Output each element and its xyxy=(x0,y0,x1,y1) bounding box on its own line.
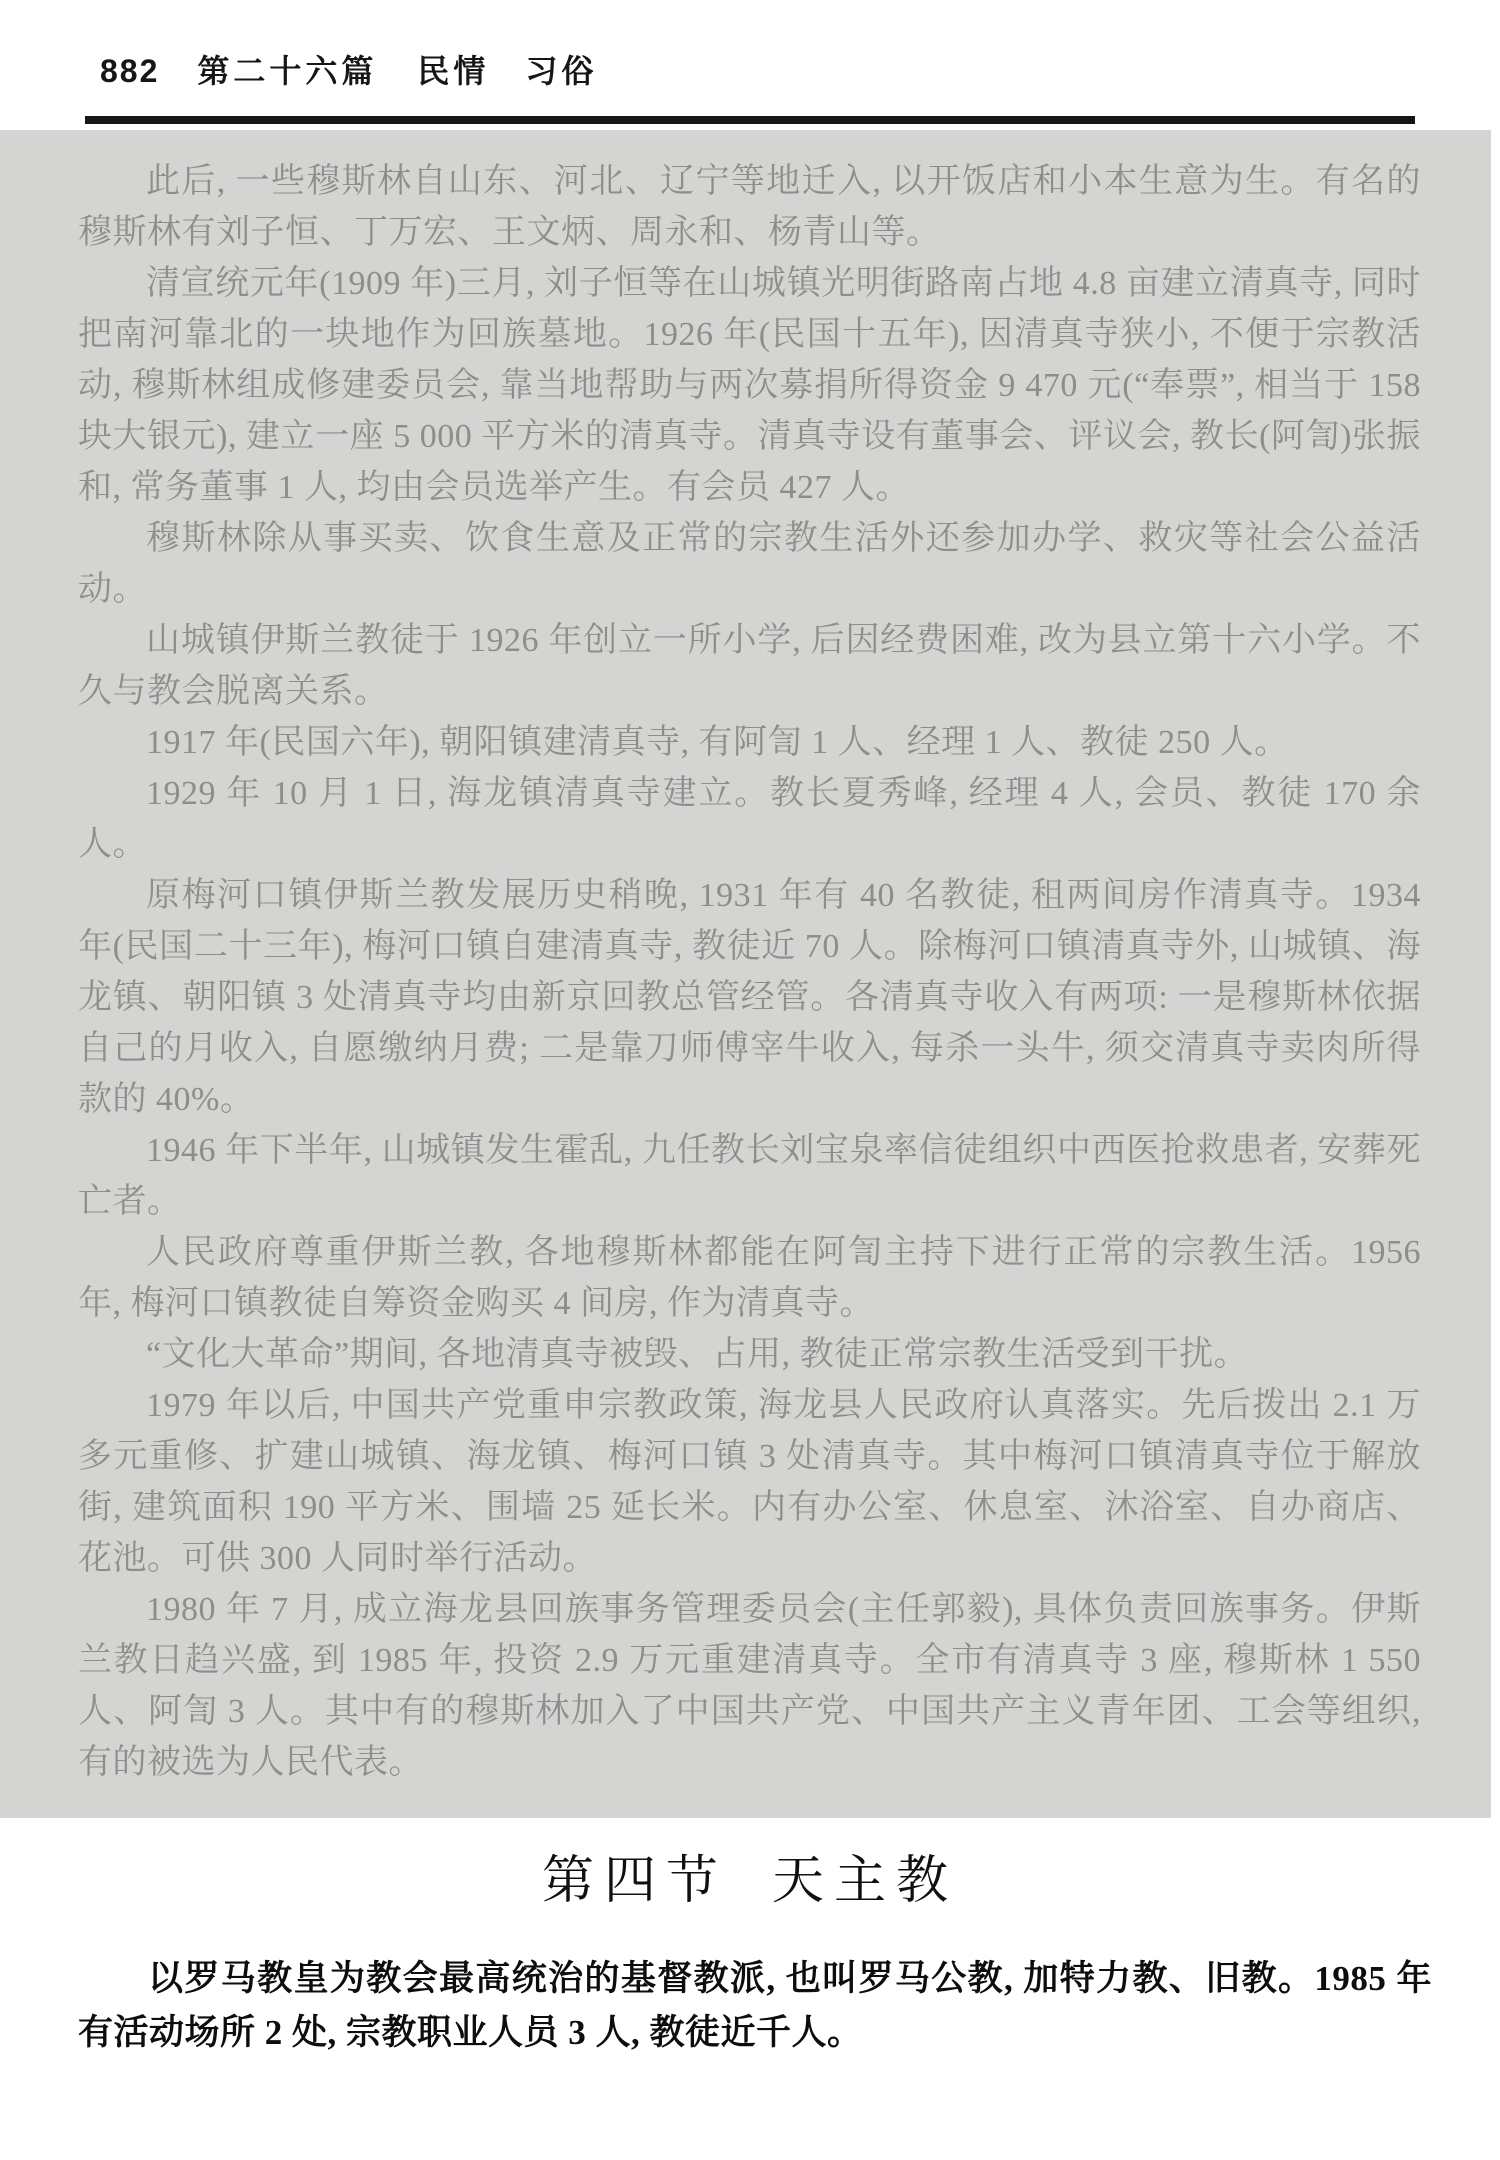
page-number: 882 xyxy=(100,53,159,90)
paragraph: 此后, 一些穆斯林自山东、河北、辽宁等地迁入, 以开饭店和小本生意为生。有名的穆… xyxy=(78,156,1421,258)
section-title: 天主教 xyxy=(772,1853,958,1910)
paragraph: 山城镇伊斯兰教徒于 1926 年创立一所小学, 后因经费困难, 改为县立第十六小… xyxy=(78,615,1421,717)
paragraph: 1929 年 10 月 1 日, 海龙镇清真寺建立。教长夏秀峰, 经理 4 人,… xyxy=(78,768,1421,870)
paragraph: 人民政府尊重伊斯兰教, 各地穆斯林都能在阿訇主持下进行正常的宗教生活。1956 … xyxy=(78,1227,1421,1329)
section-heading: 第四节天主教 xyxy=(0,1838,1500,1913)
section-intro-paragraph: 以罗马教皇为教会最高统治的基督教派, 也叫罗马公教, 加特力教、旧教。1985 … xyxy=(78,1952,1432,2060)
paragraph: 穆斯林除从事买卖、饮食生意及正常的宗教生活外还参加办学、救灾等社会公益活动。 xyxy=(78,513,1421,615)
section-label: 第四节 xyxy=(542,1853,728,1910)
paragraph: “文化大革命”期间, 各地清真寺被毁、占用, 教徒正常宗教生活受到干扰。 xyxy=(78,1329,1421,1380)
paragraph: 1980 年 7 月, 成立海龙县回族事务管理委员会(主任郭毅), 具体负责回族… xyxy=(78,1584,1421,1788)
header-rule xyxy=(85,116,1415,124)
chapter-title: 民情 习俗 xyxy=(417,46,597,92)
paragraph: 1979 年以后, 中国共产党重申宗教政策, 海龙县人民政府认真落实。先后拨出 … xyxy=(78,1380,1421,1584)
scanned-text-block: 此后, 一些穆斯林自山东、河北、辽宁等地迁入, 以开饭店和小本生意为生。有名的穆… xyxy=(0,130,1491,1818)
paragraph: 1917 年(民国六年), 朝阳镇建清真寺, 有阿訇 1 人、经理 1 人、教徒… xyxy=(78,717,1421,768)
paragraph: 原梅河口镇伊斯兰教发展历史稍晚, 1931 年有 40 名教徒, 租两间房作清真… xyxy=(78,870,1421,1125)
book-part-title: 第二十六篇 xyxy=(197,46,377,92)
paragraph: 清宣统元年(1909 年)三月, 刘子恒等在山城镇光明街路南占地 4.8 亩建立… xyxy=(78,258,1421,513)
running-head: 882 第二十六篇 民情 习俗 xyxy=(100,46,597,92)
paragraph: 1946 年下半年, 山城镇发生霍乱, 九任教长刘宝泉率信徒组织中西医抢救患者,… xyxy=(78,1125,1421,1227)
